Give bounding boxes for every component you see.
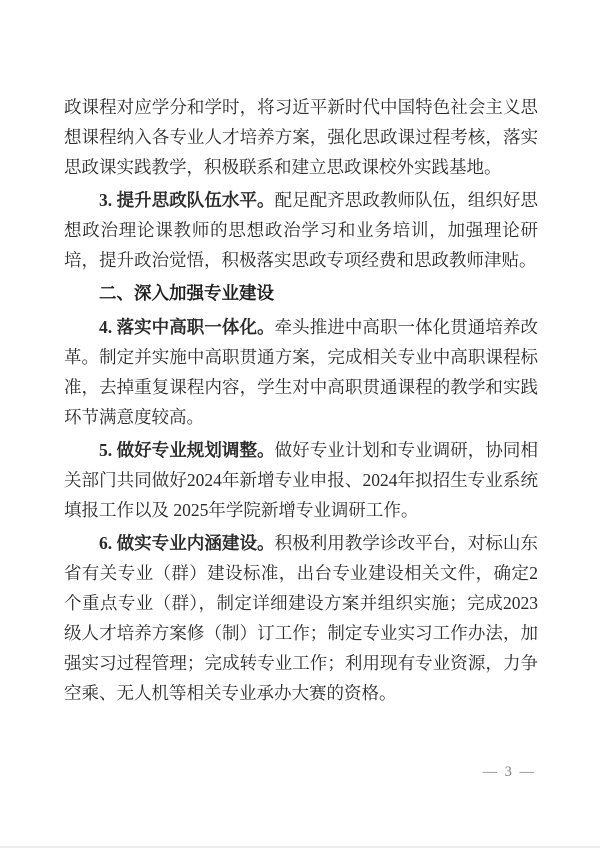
paragraph-item-5: 5. 做好专业规划调整。做好专业计划和专业调研，协同相关部门共同做好2024年新… (64, 435, 538, 525)
document-text: 政课程对应学分和学时，将习近平新时代中国特色社会主义思想课程纳入各专业人才培养方… (64, 92, 538, 711)
paragraph-item-6: 6. 做实专业内涵建设。积极利用教学诊改平台，对标山东省有关专业（群）建设标准，… (64, 528, 538, 708)
paragraph-text: 政课程对应学分和学时，将习近平新时代中国特色社会主义思想课程纳入各专业人才培养方… (64, 97, 538, 177)
page-number: — 3 — (483, 764, 537, 780)
paragraph-continuation: 政课程对应学分和学时，将习近平新时代中国特色社会主义思想课程纳入各专业人才培养方… (64, 92, 538, 182)
paragraph-lead: 3. 提升思政队伍水平。 (99, 190, 275, 210)
paragraph-text: 积极利用教学诊改平台，对标山东省有关专业（群）建设标准，出台专业建设相关文件，确… (64, 533, 538, 703)
paragraph-item-4: 4. 落实中高职一体化。牵头推进中高职一体化贯通培养改革。制定并实施中高职贯通方… (64, 312, 538, 432)
paragraph-lead: 5. 做好专业规划调整。 (99, 440, 275, 460)
paragraph-item-3: 3. 提升思政队伍水平。配足配齐思政教师队伍，组织好思想政治理论课教师的思想政治… (64, 185, 538, 275)
document-page: 政课程对应学分和学时，将习近平新时代中国特色社会主义思想课程纳入各专业人才培养方… (0, 0, 600, 848)
paragraph-lead: 6. 做实专业内涵建设。 (99, 533, 275, 553)
page-footer: — 3 — (483, 763, 537, 781)
paragraph-lead: 4. 落实中高职一体化。 (99, 317, 275, 337)
section-heading: 二、深入加强专业建设 (64, 278, 538, 308)
